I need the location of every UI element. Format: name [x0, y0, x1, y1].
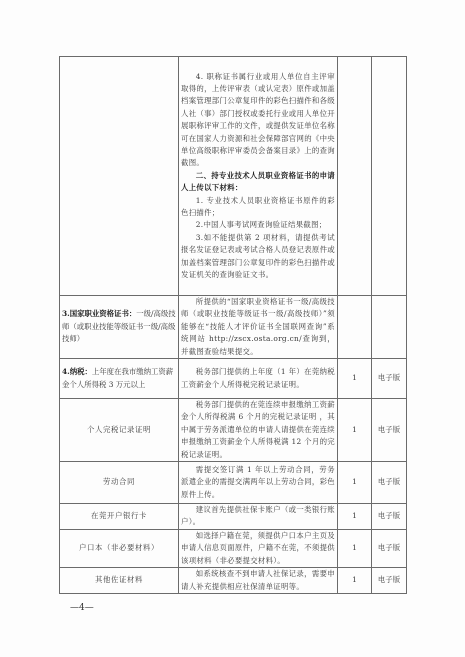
material-description-cell: 税务部门提供的在莞连续申报缴纳工资薪金个人所得税满 6 个月的完税记录证明 ，其…: [179, 399, 338, 462]
material-description-cell: 如系统核查不到申请人社保记录，需要申请人补充提供相应社保清单证明等。: [179, 568, 338, 594]
table-row: 其他佐证材料 如系统核查不到申请人社保记录，需要申请人补充提供相应社保清单证明等…: [60, 568, 407, 594]
count-cell: 1: [338, 399, 372, 462]
description-paragraph: 4. 职称证书属行业或用人单位自主评审取得的，上传评审表（或认定表）原件或加盖档…: [181, 71, 335, 170]
table-row: 4.纳税：上年度在我市缴纳工资薪金个人所得税 3 万元以上 税务部门提供的上年度…: [60, 359, 407, 399]
material-name-cell: 在莞开户银行卡: [60, 504, 179, 530]
material-description-cell: 4. 职称证书属行业或用人单位自主评审取得的，上传评审表（或认定表）原件或加盖档…: [179, 57, 338, 296]
material-name-cell: 劳动合同: [60, 462, 179, 504]
count-cell: [338, 296, 372, 359]
format-cell: 电子版: [372, 359, 407, 399]
count-cell: [338, 57, 372, 296]
materials-table: 4. 职称证书属行业或用人单位自主评审取得的，上传评审表（或认定表）原件或加盖档…: [59, 56, 407, 594]
document-page: 4. 职称证书属行业或用人单位自主评审取得的，上传评审表（或认定表）原件或加盖档…: [0, 0, 465, 657]
description-paragraph: 建议首先提供社保卡账户（或一类银行账户）。: [181, 504, 335, 529]
format-cell: 电子版: [372, 504, 407, 530]
format-cell: 电子版: [372, 399, 407, 462]
description-paragraph: 2.中国人事考试网查询验证结果截图；: [181, 219, 335, 231]
material-description-cell: 税务部门提供的上年度（1 年）在莞纳税工资薪金个人所得税完税记录证明。: [179, 359, 338, 399]
table-row: 在莞开户银行卡 建议首先提供社保卡账户（或一类银行账户）。 1 电子版: [60, 504, 407, 530]
material-name-bold: 3.国家职业资格证书：: [62, 309, 136, 318]
count-cell: 1: [338, 359, 372, 399]
count-cell: 1: [338, 568, 372, 594]
table-row: 4. 职称证书属行业或用人单位自主评审取得的，上传评审表（或认定表）原件或加盖档…: [60, 57, 407, 296]
description-paragraph: 3.如不能提供第 2 项材料，请提供考试报名发证登记表或考试合格人员登记表原件或…: [181, 232, 335, 282]
count-cell: 1: [338, 462, 372, 504]
description-paragraph: 税务部门提供的上年度（1 年）在莞纳税工资薪金个人所得税完税记录证明。: [181, 366, 335, 391]
description-paragraph: 如系统核查不到申请人社保记录，需要申请人补充提供相应社保清单证明等。: [181, 568, 335, 593]
format-cell: 电子版: [372, 568, 407, 594]
material-name-cell: 4.纳税：上年度在我市缴纳工资薪金个人所得税 3 万元以上: [60, 359, 179, 399]
count-cell: 1: [338, 504, 372, 530]
table-row: 3.国家职业资格证书：一级/高级技师（或职业技能等级证书一级/高级技师） 所提供…: [60, 296, 407, 359]
material-name-cell: 户口本（非必要材料）: [60, 529, 179, 567]
description-paragraph: 所提供的“国家职业资格证书一级/高级技师（或职业技能等级证书一级/高级技师）”须…: [181, 296, 335, 358]
table-row: 个人完税记录证明 税务部门提供的在莞连续申报缴纳工资薪金个人所得税满 6 个月的…: [60, 399, 407, 462]
material-name-bold: 4.纳税：: [62, 367, 92, 376]
description-paragraph: 税务部门提供的在莞连续申报缴纳工资薪金个人所得税满 6 个月的完税记录证明 ，其…: [181, 399, 335, 461]
format-cell: 电子版: [372, 529, 407, 567]
description-paragraph: 如选择户籍在莞，须提供户口本户主页及申请人信息页面原件，户籍不在莞，不须提供该项…: [181, 530, 335, 567]
table-row: 户口本（非必要材料） 如选择户籍在莞，须提供户口本户主页及申请人信息页面原件，户…: [60, 529, 407, 567]
material-description-cell: 如选择户籍在莞，须提供户口本户主页及申请人信息页面原件，户籍不在莞，不须提供该项…: [179, 529, 338, 567]
material-name-cell: 3.国家职业资格证书：一级/高级技师（或职业技能等级证书一级/高级技师）: [60, 296, 179, 359]
format-cell: [372, 57, 407, 296]
page-number: —4—: [70, 603, 94, 613]
format-cell: [372, 296, 407, 359]
description-paragraph: 1. 专业技术人员职业资格证书原件的彩色扫描件；: [181, 195, 335, 220]
section-heading: 二、持专业技术人员职业资格证书的申请人上传以下材料：: [181, 170, 335, 195]
description-paragraph: 需提交签订满 1 年以上劳动合同，劳务派遣企业的需提交满两年以上劳动合同，彩色原…: [181, 464, 335, 501]
table-row: 劳动合同 需提交签订满 1 年以上劳动合同，劳务派遣企业的需提交满两年以上劳动合…: [60, 462, 407, 504]
material-description-cell: 建议首先提供社保卡账户（或一类银行账户）。: [179, 504, 338, 530]
material-name-cell: [60, 57, 179, 296]
material-name-cell: 其他佐证材料: [60, 568, 179, 594]
format-cell: 电子版: [372, 462, 407, 504]
material-description-cell: 需提交签订满 1 年以上劳动合同，劳务派遣企业的需提交满两年以上劳动合同，彩色原…: [179, 462, 338, 504]
material-description-cell: 所提供的“国家职业资格证书一级/高级技师（或职业技能等级证书一级/高级技师）”须…: [179, 296, 338, 359]
material-name-cell: 个人完税记录证明: [60, 399, 179, 462]
count-cell: 1: [338, 529, 372, 567]
